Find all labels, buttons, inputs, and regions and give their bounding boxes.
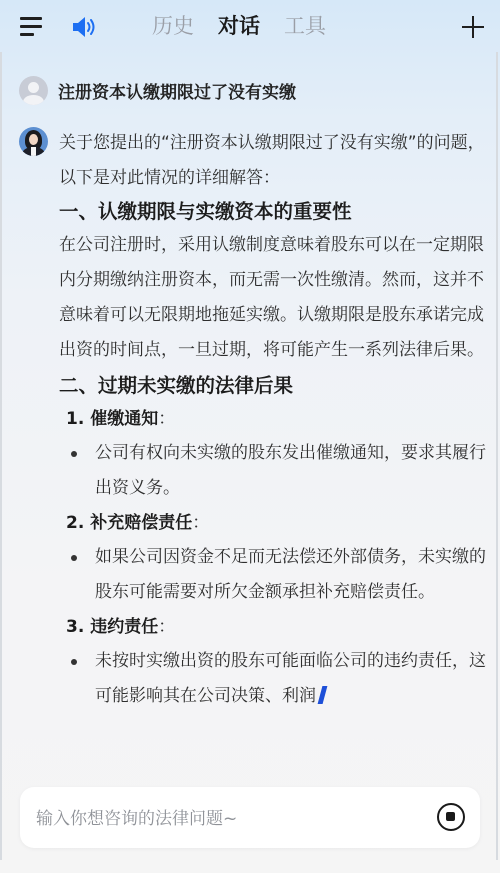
streaming-cursor-icon — [318, 686, 328, 704]
bullet-item: 未按时实缴出资的股东可能面临公司的违约责任，这可能影响其在公司决策、利润 — [67, 644, 489, 714]
top-bar: 历史 对话 工具 — [0, 0, 500, 52]
input-bar — [20, 787, 480, 848]
answer-body: 关于您提出的“注册资本认缴期限过了没有实缴”的问题，以下是对此情况的详细解答： … — [59, 126, 489, 714]
numbered-item: 2. 补充赔偿责任： — [66, 506, 489, 540]
assistant-avatar — [19, 127, 48, 156]
plus-icon[interactable] — [462, 16, 484, 38]
answer-intro: 关于您提出的“注册资本认缴期限过了没有实缴”的问题，以下是对此情况的详细解答： — [59, 126, 489, 196]
numbered-item: 3. 违约责任： — [66, 610, 489, 644]
bullet-item: 如果公司因资金不足而无法偿还外部债务，未实缴的股东可能需要对所欠金额承担补充赔偿… — [67, 540, 489, 610]
section-body-1: 在公司注册时，采用认缴制度意味着股东可以在一定期限内分期缴纳注册资本，而无需一次… — [59, 228, 489, 368]
bullet-item: 公司有权向未实缴的股东发出催缴通知，要求其履行出资义务。 — [67, 436, 489, 506]
tab-history[interactable]: 历史 — [152, 10, 194, 42]
section-heading-2: 二、过期未实缴的法律后果 — [59, 370, 489, 402]
user-message: 注册资本认缴期限过了没有实缴 — [19, 76, 296, 105]
speaker-icon[interactable] — [70, 14, 98, 40]
tab-chat[interactable]: 对话 — [218, 10, 260, 42]
stop-icon[interactable] — [437, 803, 465, 831]
tab-tools[interactable]: 工具 — [284, 10, 326, 42]
numbered-item: 1. 催缴通知： — [66, 402, 489, 436]
tab-bar: 历史 对话 工具 — [152, 10, 326, 42]
question-input[interactable] — [34, 787, 418, 850]
user-question-text: 注册资本认缴期限过了没有实缴 — [58, 78, 296, 103]
section-heading-1: 一、认缴期限与实缴资本的重要性 — [59, 196, 489, 228]
menu-icon[interactable] — [20, 15, 44, 37]
user-avatar — [19, 76, 48, 105]
